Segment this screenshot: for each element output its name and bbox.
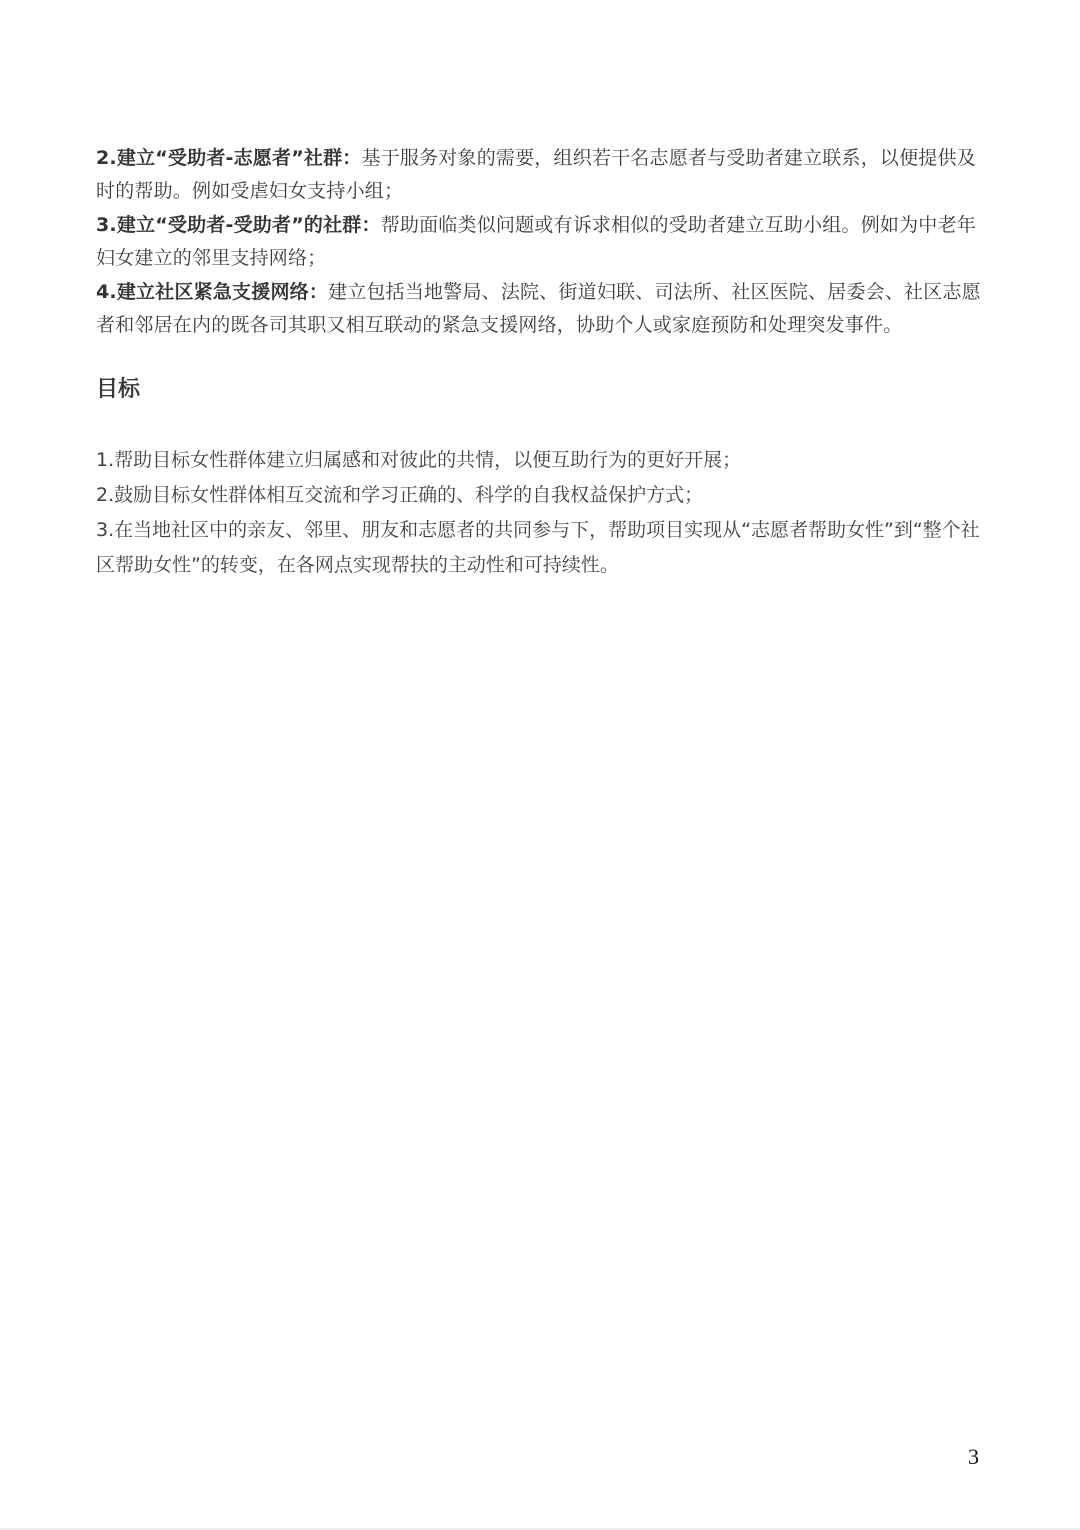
goal-item: 2.鼓励目标女性群体相互交流和学习正确的、科学的自我权益保护方式；	[96, 478, 986, 513]
goal-item: 3.在当地社区中的亲友、邻里、朋友和志愿者的共同参与下，帮助项目实现从“志愿者帮…	[96, 513, 986, 583]
page-number: 3	[968, 1444, 979, 1470]
strategy-item-2: 2.建立“受助者-志愿者”社群：基于服务对象的需要，组织若干名志愿者与受助者建立…	[96, 142, 986, 208]
document-page: 2.建立“受助者-志愿者”社群：基于服务对象的需要，组织若干名志愿者与受助者建立…	[0, 0, 1080, 1528]
strategy-item-3: 3.建立“受助者-受助者”的社群：帮助面临类似问题或有诉求相似的受助者建立互助小…	[96, 209, 986, 275]
strategy-title: 2.建立“受助者-志愿者”社群：	[96, 147, 362, 169]
strategy-title: 3.建立“受助者-受助者”的社群：	[96, 214, 381, 236]
strategy-item-4: 4.建立社区紧急支援网络：建立包括当地警局、法院、街道妇联、司法所、社区医院、居…	[96, 276, 986, 342]
goal-item: 1.帮助目标女性群体建立归属感和对彼此的共情，以便互助行为的更好开展；	[96, 443, 986, 478]
goals-heading: 目标	[96, 372, 140, 403]
strategy-title: 4.建立社区紧急支援网络：	[96, 281, 328, 303]
